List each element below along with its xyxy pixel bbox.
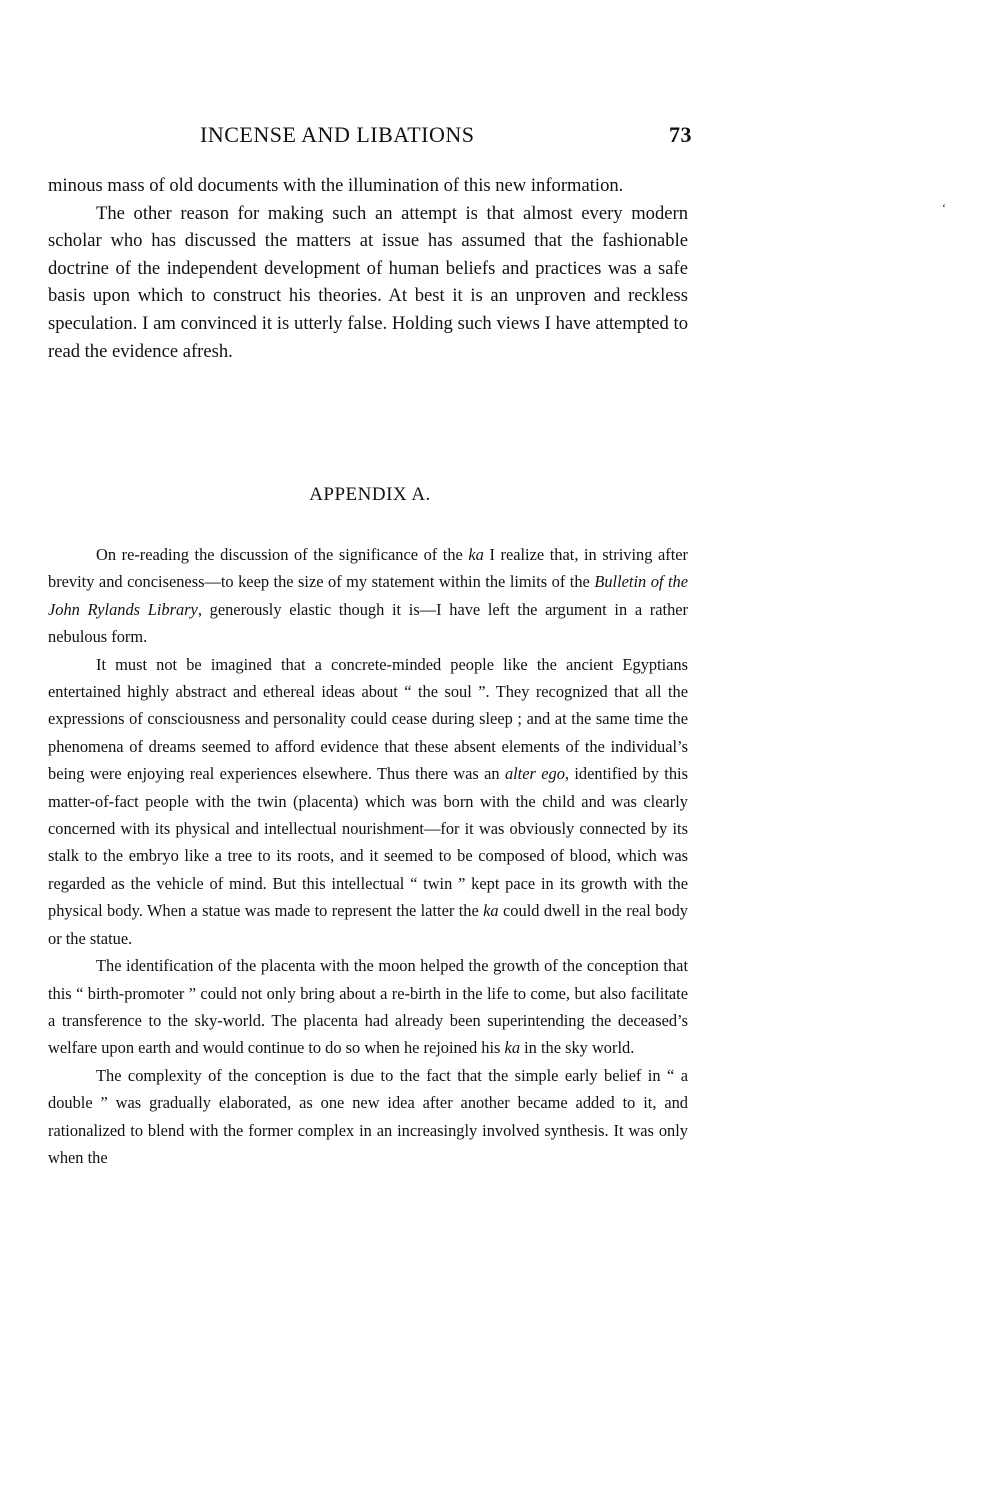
book-page: INCENSE AND LIBATIONS 73 ʻ minous mass o… bbox=[0, 0, 989, 1512]
term-ka: ka bbox=[483, 901, 498, 920]
scan-artifact-mark: ʻ bbox=[942, 201, 946, 216]
text-run: , identified by this matter-of-fact peop… bbox=[48, 764, 688, 920]
appendix-paragraph-4: The complexity of the conception is due … bbox=[48, 1062, 688, 1172]
paragraph-continuation: minous mass of old documents with the il… bbox=[48, 172, 688, 200]
section-body: minous mass of old documents with the il… bbox=[48, 172, 688, 365]
page-number: 73 bbox=[669, 122, 692, 148]
appendix-paragraph-1: On re-reading the discussion of the sign… bbox=[48, 541, 688, 651]
term-ka: ka bbox=[468, 545, 483, 564]
appendix-body: On re-reading the discussion of the sign… bbox=[48, 541, 688, 1171]
running-head-title: INCENSE AND LIBATIONS bbox=[200, 122, 475, 148]
paragraph: The other reason for making such an atte… bbox=[48, 200, 688, 366]
appendix-paragraph-3: The identification of the placenta with … bbox=[48, 952, 688, 1062]
text-run: in the sky world. bbox=[520, 1038, 634, 1057]
appendix-heading: APPENDIX A. bbox=[0, 484, 740, 506]
term-alter-ego: alter ego bbox=[505, 764, 565, 783]
appendix-paragraph-2: It must not be imagined that a concrete-… bbox=[48, 651, 688, 952]
text-run: On re-reading the discussion of the sign… bbox=[96, 545, 468, 564]
term-ka: ka bbox=[505, 1038, 520, 1057]
